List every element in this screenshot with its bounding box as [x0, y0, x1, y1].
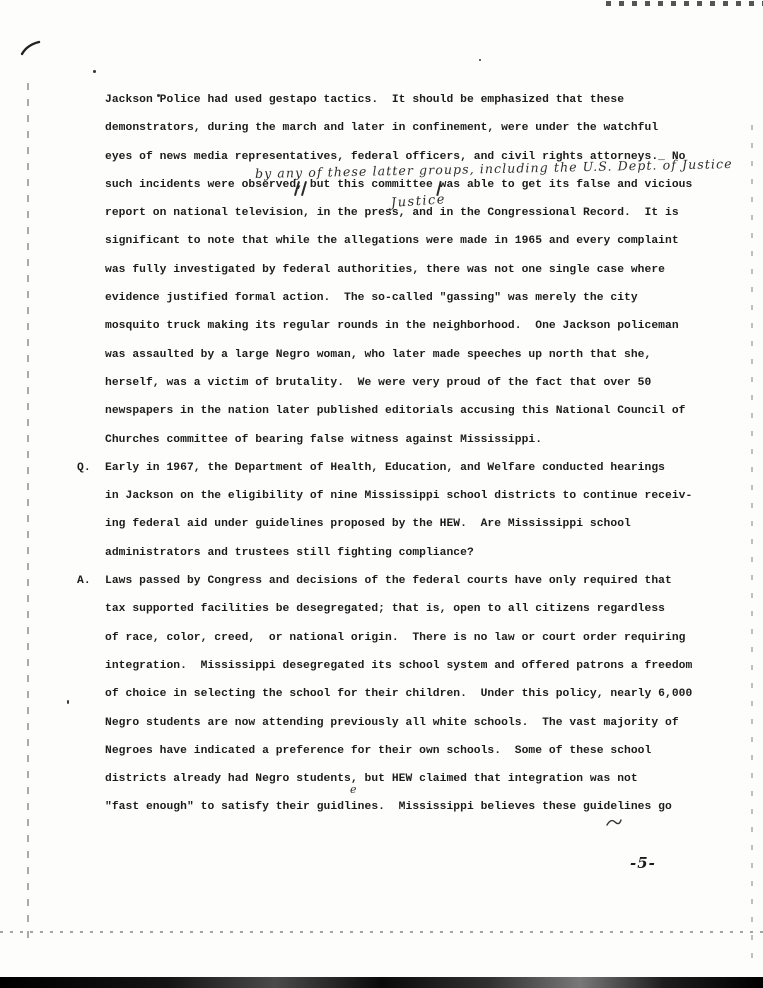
text-line: districts already had Negro students, bu… — [105, 765, 745, 793]
qa-label: Q. — [77, 454, 91, 482]
text-line: Q.Early in 1967, the Department of Healt… — [105, 454, 745, 482]
text-line-content: of choice in selecting the school for th… — [105, 688, 692, 700]
text-line: "fast enough" to satisfy their guidlines… — [105, 793, 745, 821]
text-line-content: ing federal aid under guidelines propose… — [105, 518, 631, 530]
text-line-content: in Jackson on the eligibility of nine Mi… — [105, 490, 692, 502]
bottom-scan-band — [0, 977, 763, 988]
text-line: Negro students are now attending previou… — [105, 709, 745, 737]
qa-label: A. — [77, 567, 91, 595]
bottom-dotted-line — [0, 931, 763, 933]
text-line-content: tax supported facilities be desegregated… — [105, 603, 665, 615]
text-line: significant to note that while the alleg… — [105, 227, 745, 255]
text-line-content: Early in 1967, the Department of Health,… — [105, 462, 665, 474]
ink-speck — [93, 70, 96, 73]
text-line: Churches committee of bearing false witn… — [105, 426, 745, 454]
text-line: administrators and trustees still fighti… — [105, 539, 745, 567]
text-line-content: significant to note that while the alleg… — [105, 235, 679, 247]
text-line-content: of race, color, creed, or national origi… — [105, 632, 685, 644]
scanned-document-page: Jackson Police had used gestapo tactics.… — [0, 0, 763, 988]
text-line-content: was assaulted by a large Negro woman, wh… — [105, 349, 651, 361]
text-line-content: Churches committee of bearing false witn… — [105, 434, 542, 446]
text-line-content: Jackson Police had used gestapo tactics.… — [105, 94, 624, 106]
text-line-content: herself, was a victim of brutality. We w… — [105, 377, 651, 389]
text-line: evidence justified formal action. The so… — [105, 284, 745, 312]
ink-speck — [479, 59, 481, 61]
text-line: of race, color, creed, or national origi… — [105, 624, 745, 652]
text-line: newspapers in the nation later published… — [105, 397, 745, 425]
scan-edge-left — [27, 83, 29, 945]
text-line: herself, was a victim of brutality. We w… — [105, 369, 745, 397]
text-line-content: "fast enough" to satisfy their guidlines… — [105, 801, 672, 813]
text-line-content: administrators and trustees still fighti… — [105, 547, 474, 559]
text-line: Jackson Police had used gestapo tactics.… — [105, 86, 745, 114]
text-line-content: evidence justified formal action. The so… — [105, 292, 638, 304]
text-line-content: mosquito truck making its regular rounds… — [105, 320, 679, 332]
scan-edge-right — [751, 125, 753, 960]
text-line: tax supported facilities be desegregated… — [105, 595, 745, 623]
text-line: in Jackson on the eligibility of nine Mi… — [105, 482, 745, 510]
text-line: mosquito truck making its regular rounds… — [105, 312, 745, 340]
pen-flick-mark — [20, 40, 42, 56]
text-line-content: districts already had Negro students, bu… — [105, 773, 638, 785]
text-line-content: Negro students are now attending previou… — [105, 717, 679, 729]
text-line-content: integration. Mississippi desegregated it… — [105, 660, 692, 672]
ink-speck — [67, 700, 69, 704]
text-line: was fully investigated by federal author… — [105, 256, 745, 284]
text-line-content: demonstrators, during the march and late… — [105, 122, 658, 134]
text-line-content: newspapers in the nation later published… — [105, 405, 685, 417]
text-line-content: Negroes have indicated a preference for … — [105, 745, 651, 757]
text-line: demonstrators, during the march and late… — [105, 114, 745, 142]
text-line: integration. Mississippi desegregated it… — [105, 652, 745, 680]
text-line-content: Laws passed by Congress and decisions of… — [105, 575, 672, 587]
perforation-dots — [606, 1, 763, 6]
text-line-content: such incidents were observed, but this c… — [105, 179, 692, 191]
page-number: -5- — [630, 854, 656, 872]
text-line: A.Laws passed by Congress and decisions … — [105, 567, 745, 595]
text-line: of choice in selecting the school for th… — [105, 680, 745, 708]
text-line: ing federal aid under guidelines propose… — [105, 510, 745, 538]
text-line: Negroes have indicated a preference for … — [105, 737, 745, 765]
text-line: was assaulted by a large Negro woman, wh… — [105, 341, 745, 369]
text-line-content: was fully investigated by federal author… — [105, 264, 665, 276]
handwritten-e-insertion: e — [350, 783, 357, 796]
